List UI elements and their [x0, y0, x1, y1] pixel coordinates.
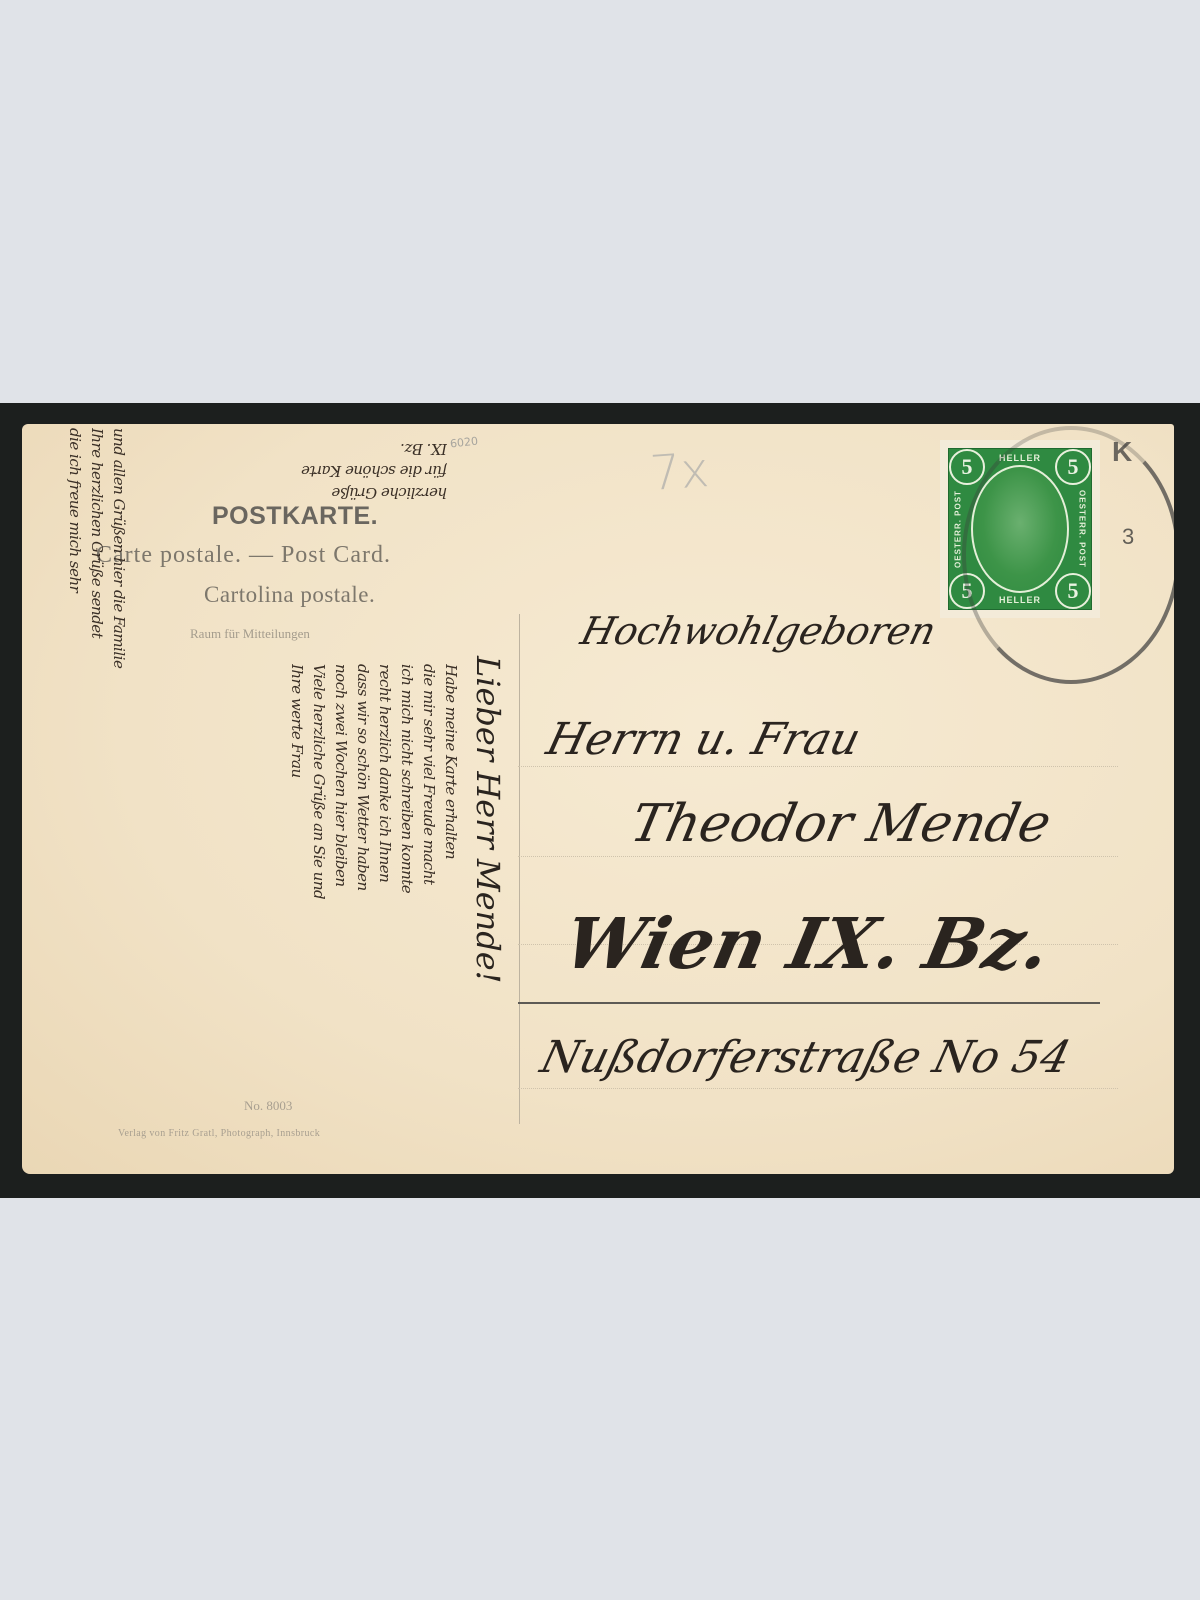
- address-rule: [518, 1088, 1118, 1089]
- address-salutation: Hochwohlgeboren: [577, 609, 941, 653]
- postcard-subtitle-fr-en: Carte postale. — Post Card.: [96, 542, 391, 569]
- pencil-catalog-number: 6020: [449, 435, 478, 451]
- postcard-subtitle-it: Cartolina postale.: [204, 582, 375, 608]
- address-divider: [519, 614, 520, 1124]
- postcard: herzliche Grüße für die schöne Karte IX.…: [22, 424, 1174, 1174]
- message-line: ich mich nicht schreiben konnte: [396, 664, 418, 1134]
- handwriting-line: herzliche Grüße: [127, 482, 447, 504]
- message-line: dass wir so schön Wetter haben: [352, 664, 374, 1134]
- stamp-denomination: 5: [949, 449, 985, 485]
- message-area-label: Raum für Mitteilungen: [190, 626, 310, 642]
- message-line: noch zwei Wochen hier bleiben: [330, 664, 352, 1134]
- message-line: Ihre werte Frau: [286, 664, 308, 1134]
- address-rule-solid: [518, 1002, 1100, 1004]
- postmark-cancel: [962, 426, 1174, 684]
- address-recipient-title: Herrn u. Frau: [542, 714, 866, 765]
- postmark-date: 3: [1122, 524, 1134, 550]
- message-body: Habe meine Karte erhalten die mir sehr v…: [42, 664, 462, 1134]
- postcard-title: POSTKARTE.: [212, 502, 378, 531]
- message-greeting: Lieber Herr Mende!: [469, 656, 507, 1076]
- handwriting-line: für die schöne Karte: [127, 460, 447, 482]
- address-rule: [518, 766, 1118, 767]
- address-city: Wien IX. Bz.: [557, 902, 1058, 985]
- top-margin-handwriting: herzliche Grüße für die schöne Karte IX.…: [127, 424, 447, 504]
- message-line: die mir sehr viel Freude macht: [418, 664, 440, 1134]
- address-recipient-name: Theodor Mende: [626, 794, 1057, 854]
- address-rule: [518, 856, 1118, 857]
- handwriting-line: IX. Bz.: [127, 438, 447, 460]
- message-line: Viele herzliche Grüße an Sie und: [308, 664, 330, 1134]
- postmark-text: K: [1112, 436, 1132, 468]
- address-street: Nußdorferstraße No 54: [536, 1032, 1076, 1083]
- pencil-price-note: 7x: [648, 442, 711, 502]
- message-line: recht herzlich danke ich Ihnen: [374, 664, 396, 1134]
- message-line: Habe meine Karte erhalten: [440, 664, 462, 1134]
